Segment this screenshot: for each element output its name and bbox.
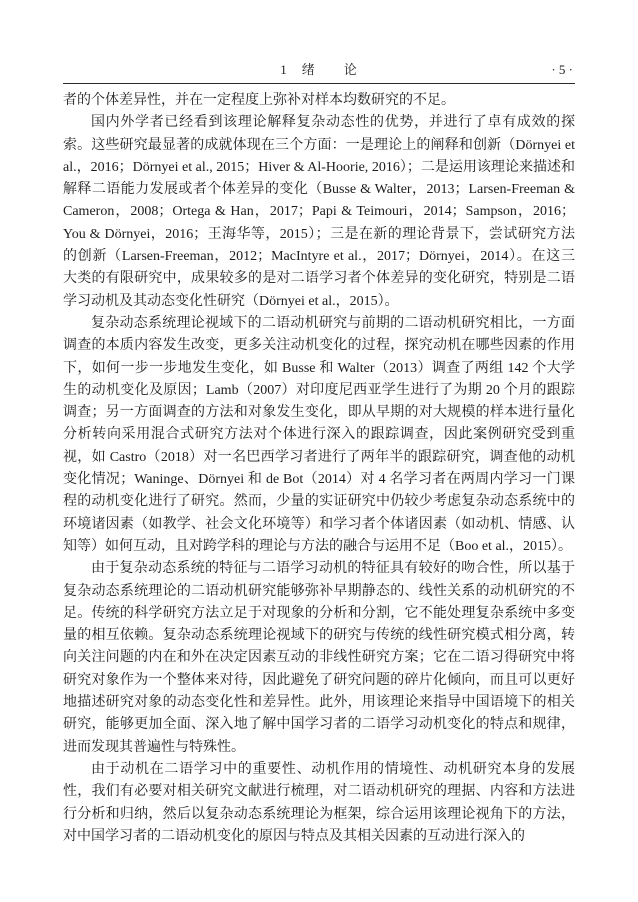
page-header: 1 绪 论 · 5 · <box>63 62 575 84</box>
page-body: 者的个体差异性，并在一定程度上弥补对样本均数研究的不足。 国内外学者已经看到该理… <box>63 90 575 848</box>
paragraph-continuation: 者的个体差异性，并在一定程度上弥补对样本均数研究的不足。 <box>63 90 575 112</box>
paragraph: 由于复杂动态系统的特征与二语学习动机的特征具有较好的吻合性，所以基于复杂动态系统… <box>63 558 575 759</box>
document-page: 1 绪 论 · 5 · 者的个体差异性，并在一定程度上弥补对样本均数研究的不足。… <box>0 0 638 902</box>
paragraph: 复杂动态系统理论视域下的二语动机研究与前期的二语动机研究相比，一方面调查的本质内… <box>63 313 575 558</box>
chapter-title: 1 绪 论 <box>63 62 575 78</box>
paragraph: 国内外学者已经看到该理论解释复杂动态性的优势，并进行了卓有成效的探索。这些研究最… <box>63 112 575 313</box>
paragraph: 由于动机在二语学习中的重要性、动机作用的情境性、动机研究本身的发展性，我们有必要… <box>63 759 575 848</box>
page-number: · 5 · <box>551 62 573 78</box>
